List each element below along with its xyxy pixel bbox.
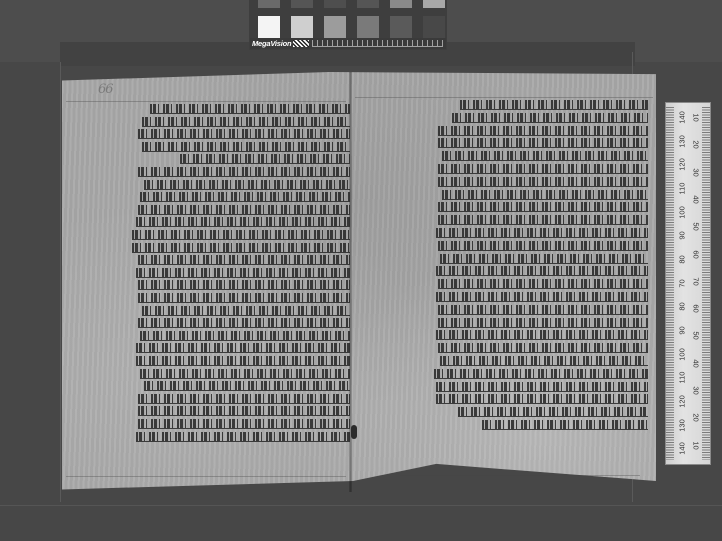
script-line xyxy=(440,254,648,264)
frame-line-left xyxy=(60,62,61,502)
script-line xyxy=(458,407,648,417)
ruler-number: 30 xyxy=(692,162,701,182)
ruler-number: 40 xyxy=(692,189,701,209)
script-line xyxy=(142,142,350,152)
script-line xyxy=(138,318,350,328)
script-line xyxy=(138,293,350,303)
color-swatch xyxy=(291,16,313,38)
color-swatch xyxy=(258,16,280,38)
script-line xyxy=(150,104,350,114)
ruler-number: 50 xyxy=(692,217,701,237)
ruler-number: 120 xyxy=(678,155,687,175)
ruler-number: 70 xyxy=(692,271,701,291)
color-swatch xyxy=(423,0,445,8)
brand-logo-icon xyxy=(293,40,309,47)
measuring-ruler: 1401301201101009080708090100110120130140… xyxy=(665,102,711,465)
ruler-number: 10 xyxy=(692,108,701,128)
script-line xyxy=(436,292,648,302)
script-line xyxy=(136,432,350,442)
script-line xyxy=(140,331,350,341)
ruling-line xyxy=(66,101,346,102)
script-line xyxy=(438,318,648,328)
color-swatch xyxy=(324,0,346,8)
script-line xyxy=(436,266,648,276)
ruling-line xyxy=(355,97,653,98)
ruler-number: 90 xyxy=(678,226,687,246)
brand-logo-text: MegaVision xyxy=(250,39,291,48)
script-line xyxy=(452,113,648,123)
script-line xyxy=(440,356,648,366)
left-page-text-column xyxy=(110,104,350,444)
ruling-line xyxy=(66,476,346,477)
script-line xyxy=(438,241,648,251)
script-line xyxy=(442,151,648,161)
calibration-scale xyxy=(312,40,443,47)
ruler-number: 100 xyxy=(678,344,687,364)
ruler-number: 10 xyxy=(692,435,701,455)
ruler-number: 130 xyxy=(678,415,687,435)
ruler-number: 30 xyxy=(692,381,701,401)
ruler-number: 20 xyxy=(692,408,701,428)
script-line xyxy=(136,356,350,366)
script-line xyxy=(438,305,648,315)
script-line xyxy=(142,306,350,316)
ruler-number: 60 xyxy=(692,299,701,319)
frame-line-bottom xyxy=(0,505,722,506)
script-line xyxy=(436,394,648,404)
script-line xyxy=(442,190,648,200)
color-swatch xyxy=(357,16,379,38)
script-line xyxy=(438,138,648,148)
script-line xyxy=(138,205,350,215)
script-line xyxy=(436,330,648,340)
ruler-number: 60 xyxy=(692,244,701,264)
ruler-number: 110 xyxy=(678,368,687,388)
script-line xyxy=(138,394,350,404)
right-page-text-column xyxy=(378,100,648,440)
ruling-line xyxy=(400,475,640,476)
script-line xyxy=(438,177,648,187)
script-line xyxy=(136,343,350,353)
script-line xyxy=(460,100,648,110)
script-line xyxy=(138,167,350,177)
script-line xyxy=(438,215,648,225)
ruler-number: 20 xyxy=(692,135,701,155)
script-line xyxy=(136,268,350,278)
ruler-number: 100 xyxy=(678,202,687,222)
ruler-number: 90 xyxy=(678,321,687,341)
ruler-number: 140 xyxy=(678,439,687,459)
script-line xyxy=(138,280,350,290)
script-line xyxy=(180,154,350,164)
ruler-number: 80 xyxy=(678,297,687,317)
script-line xyxy=(142,117,350,127)
color-swatch xyxy=(291,0,313,8)
script-line xyxy=(138,255,350,265)
ruler-number: 140 xyxy=(678,108,687,128)
color-swatch xyxy=(324,16,346,38)
script-line xyxy=(438,202,648,212)
script-line xyxy=(144,180,350,190)
script-line xyxy=(438,343,648,353)
script-line xyxy=(132,243,350,253)
color-swatch xyxy=(423,16,445,38)
script-line xyxy=(138,406,350,416)
calibration-brand-strip: MegaVision xyxy=(250,38,446,49)
script-line xyxy=(138,419,350,429)
color-swatch xyxy=(390,16,412,38)
script-line xyxy=(140,369,350,379)
script-line xyxy=(438,164,648,174)
script-line xyxy=(438,279,648,289)
ruler-number: 40 xyxy=(692,353,701,373)
ruler-number: 130 xyxy=(678,131,687,151)
script-line xyxy=(144,381,350,391)
folio-number: 66 xyxy=(98,82,113,97)
script-line xyxy=(132,230,350,240)
color-swatch xyxy=(357,0,379,8)
color-swatch xyxy=(390,0,412,8)
color-swatch xyxy=(258,0,280,8)
ruler-number: 70 xyxy=(678,273,687,293)
ruler-number: 80 xyxy=(678,250,687,270)
ruler-number: 120 xyxy=(678,392,687,412)
ruler-ticks-left xyxy=(666,107,674,460)
script-line xyxy=(434,369,648,379)
ruler-number: 110 xyxy=(678,179,687,199)
script-line xyxy=(136,217,350,227)
script-line xyxy=(436,382,648,392)
script-line xyxy=(140,192,350,202)
script-line xyxy=(438,126,648,136)
script-line xyxy=(436,228,648,238)
ruler-number: 50 xyxy=(692,326,701,346)
script-line xyxy=(138,129,350,139)
gutter-stain xyxy=(351,425,357,439)
script-line xyxy=(482,420,648,430)
ruler-ticks-right xyxy=(702,107,710,460)
